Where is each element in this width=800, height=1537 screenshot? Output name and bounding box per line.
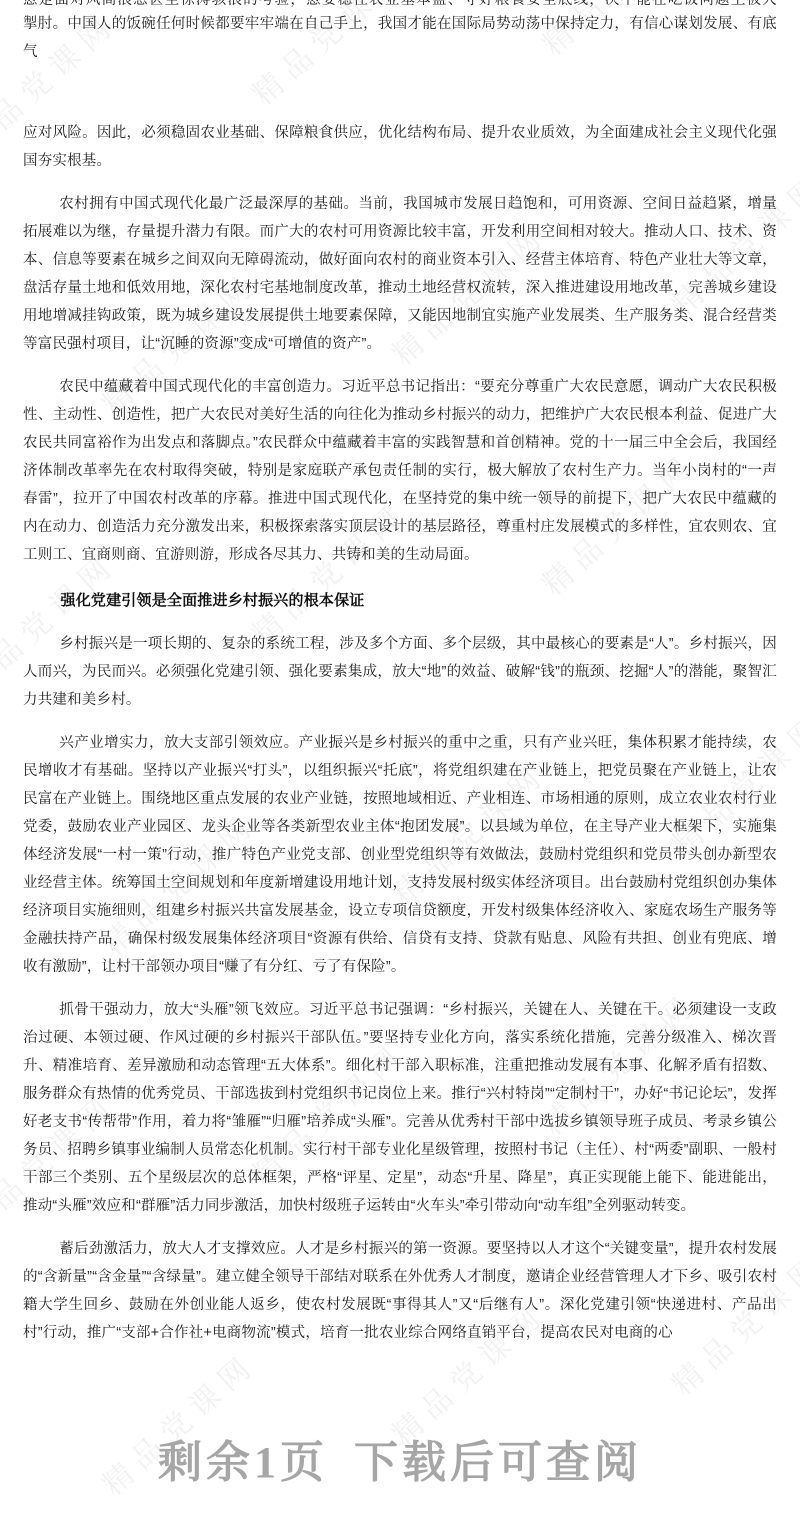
paragraph-talent-support: 蓄后劲激活力，放大人才支撑效应。人才是乡村振兴的第一资源。要坚持以人才这个“关键…: [23, 1235, 777, 1347]
footer-banner: 剩余1页下载后可查阅: [0, 1426, 800, 1490]
clipped-text-line: 愈是面对风高浪急甚至惊涛骇浪的考验，愈要稳住农业基本盘、守好粮食安全底线，决不能…: [23, 0, 777, 10]
paragraph-farmers-creativity: 农民中蕴藏着中国式现代化的丰富创造力。习近平总书记指出：“要充分尊重广大农民意愿…: [23, 373, 777, 569]
document-preview-page: 精品党课网 精品党课网 精品党课网 精品党课网 精品党课网 精品党课网 精品党课…: [0, 0, 800, 1537]
paragraph-rural-revitalization-core: 乡村振兴是一项长期的、复杂的系统工程，涉及多个方面、多个层级，其中最核心的要素是…: [23, 630, 777, 714]
document-body: 愈是面对风高浪急甚至惊涛骇浪的考验，愈要稳住农业基本盘、守好粮食安全底线，决不能…: [0, 0, 800, 1347]
paragraph-intro-risk-response: 应对风险。因此，必须稳固农业基础、保障粮食供应，优化结构布局、提升农业质效，为全…: [23, 119, 777, 175]
section-heading: 强化党建引领是全面推进乡村振兴的根本保证: [23, 587, 777, 615]
paragraph-rural-foundation: 农村拥有中国式现代化最广泛最深厚的基础。当前，我国城市发展日趋饱和，可用资源、空…: [23, 190, 777, 358]
paragraph-cadre-leadership: 抓骨干强动力，放大“头雁”领飞效应。习近平总书记强调：“乡村振兴，关键在人、关键…: [23, 996, 777, 1220]
clipped-top-line-window: 愈是面对风高浪急甚至惊涛骇浪的考验，愈要稳住农业基本盘、守好粮食安全底线，决不能…: [23, 0, 777, 10]
remaining-pages-label: 剩余1页: [158, 1438, 328, 1487]
paragraph-intro-rice-bowl-line: 掣肘。中国人的饭碗任何时候都要牢牢端在自己手上，我国才能在国际局势动荡中保持定力…: [23, 10, 777, 66]
download-hint-label: 下载后可查阅: [354, 1438, 642, 1487]
paragraph-industry-strength: 兴产业增实力，放大支部引领效应。产业振兴是乡村振兴的重中之重，只有产业兴旺，集体…: [23, 729, 777, 981]
